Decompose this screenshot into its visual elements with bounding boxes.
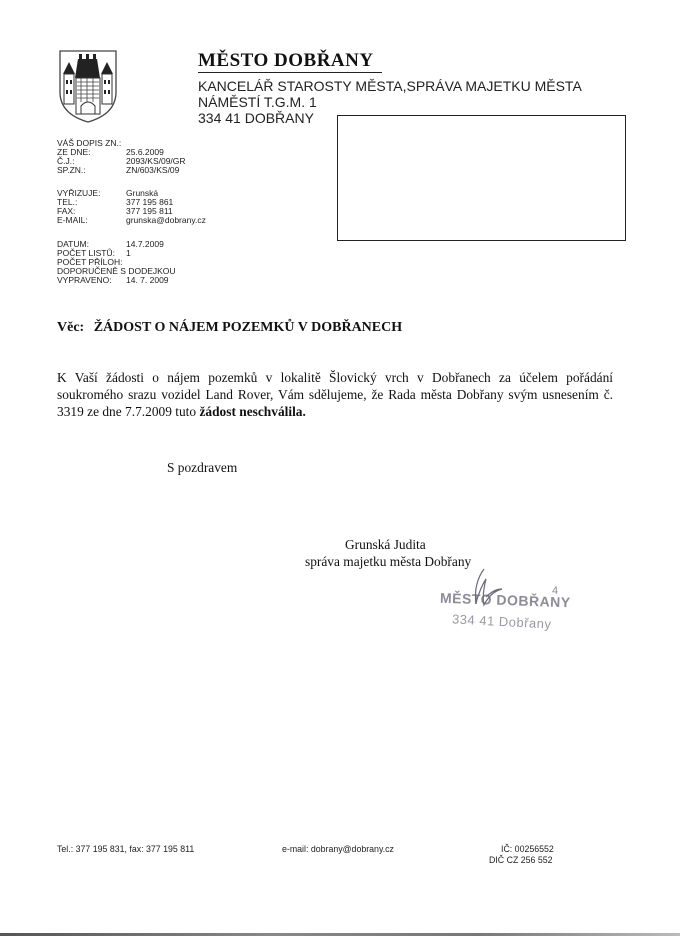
handwritten-signature-icon <box>466 567 506 611</box>
stamp-number: 4 <box>552 585 558 597</box>
footer-ic: IČ: 00256552 <box>501 844 554 854</box>
letter-body: K Vaší žádosti o nájem pozemků v lokalit… <box>57 369 613 420</box>
ref-label-spzn: SP.ZN.: <box>57 166 86 175</box>
subject-text: ŽÁDOST O NÁJEM POZEMKŮ V DOBŘANECH <box>94 320 402 335</box>
ref-value-spzn: ZN/603/KS/09 <box>126 166 179 175</box>
ref-label-sent: VYPRAVENO: <box>57 276 112 285</box>
footer-phone-fax: Tel.: 377 195 831, fax: 377 195 811 <box>57 844 194 854</box>
town-title: MĚSTO DOBŘANY <box>198 50 382 73</box>
coat-of-arms-icon <box>57 48 119 124</box>
ref-value-datum: 14.7.2009 <box>126 240 164 249</box>
signer-name: Grunská Judita <box>345 537 426 553</box>
ref-value-email: grunska@dobrany.cz <box>126 216 206 225</box>
footer-dic: DIČ CZ 256 552 <box>489 855 553 865</box>
stamp-address: 334 41 Dobřany <box>452 611 552 631</box>
recipient-address-box <box>337 115 626 241</box>
signer-role: správa majetku města Dobřany <box>305 554 471 570</box>
department-line: KANCELÁŘ STAROSTY MĚSTA,SPRÁVA MAJETKU M… <box>198 78 582 94</box>
ref-label-email: E-MAIL: <box>57 216 88 225</box>
body-text: K Vaší žádosti o nájem pozemků v lokalit… <box>57 370 613 419</box>
footer-email: e-mail: dobrany@dobrany.cz <box>282 844 394 854</box>
ref-value-sent: 14. 7. 2009 <box>126 276 169 285</box>
city-line: 334 41 DOBŘANY <box>198 110 314 126</box>
ref-value-sheets: 1 <box>126 249 131 258</box>
subject-line: Věc: ŽÁDOST O NÁJEM POZEMKŮ V DOBŘANECH <box>57 320 402 336</box>
body-decision: žádost neschválila. <box>199 404 305 419</box>
greeting: S pozdravem <box>167 460 237 476</box>
street-line: NÁMĚSTÍ T.G.M. 1 <box>198 94 317 110</box>
subject-label: Věc: <box>57 320 84 335</box>
